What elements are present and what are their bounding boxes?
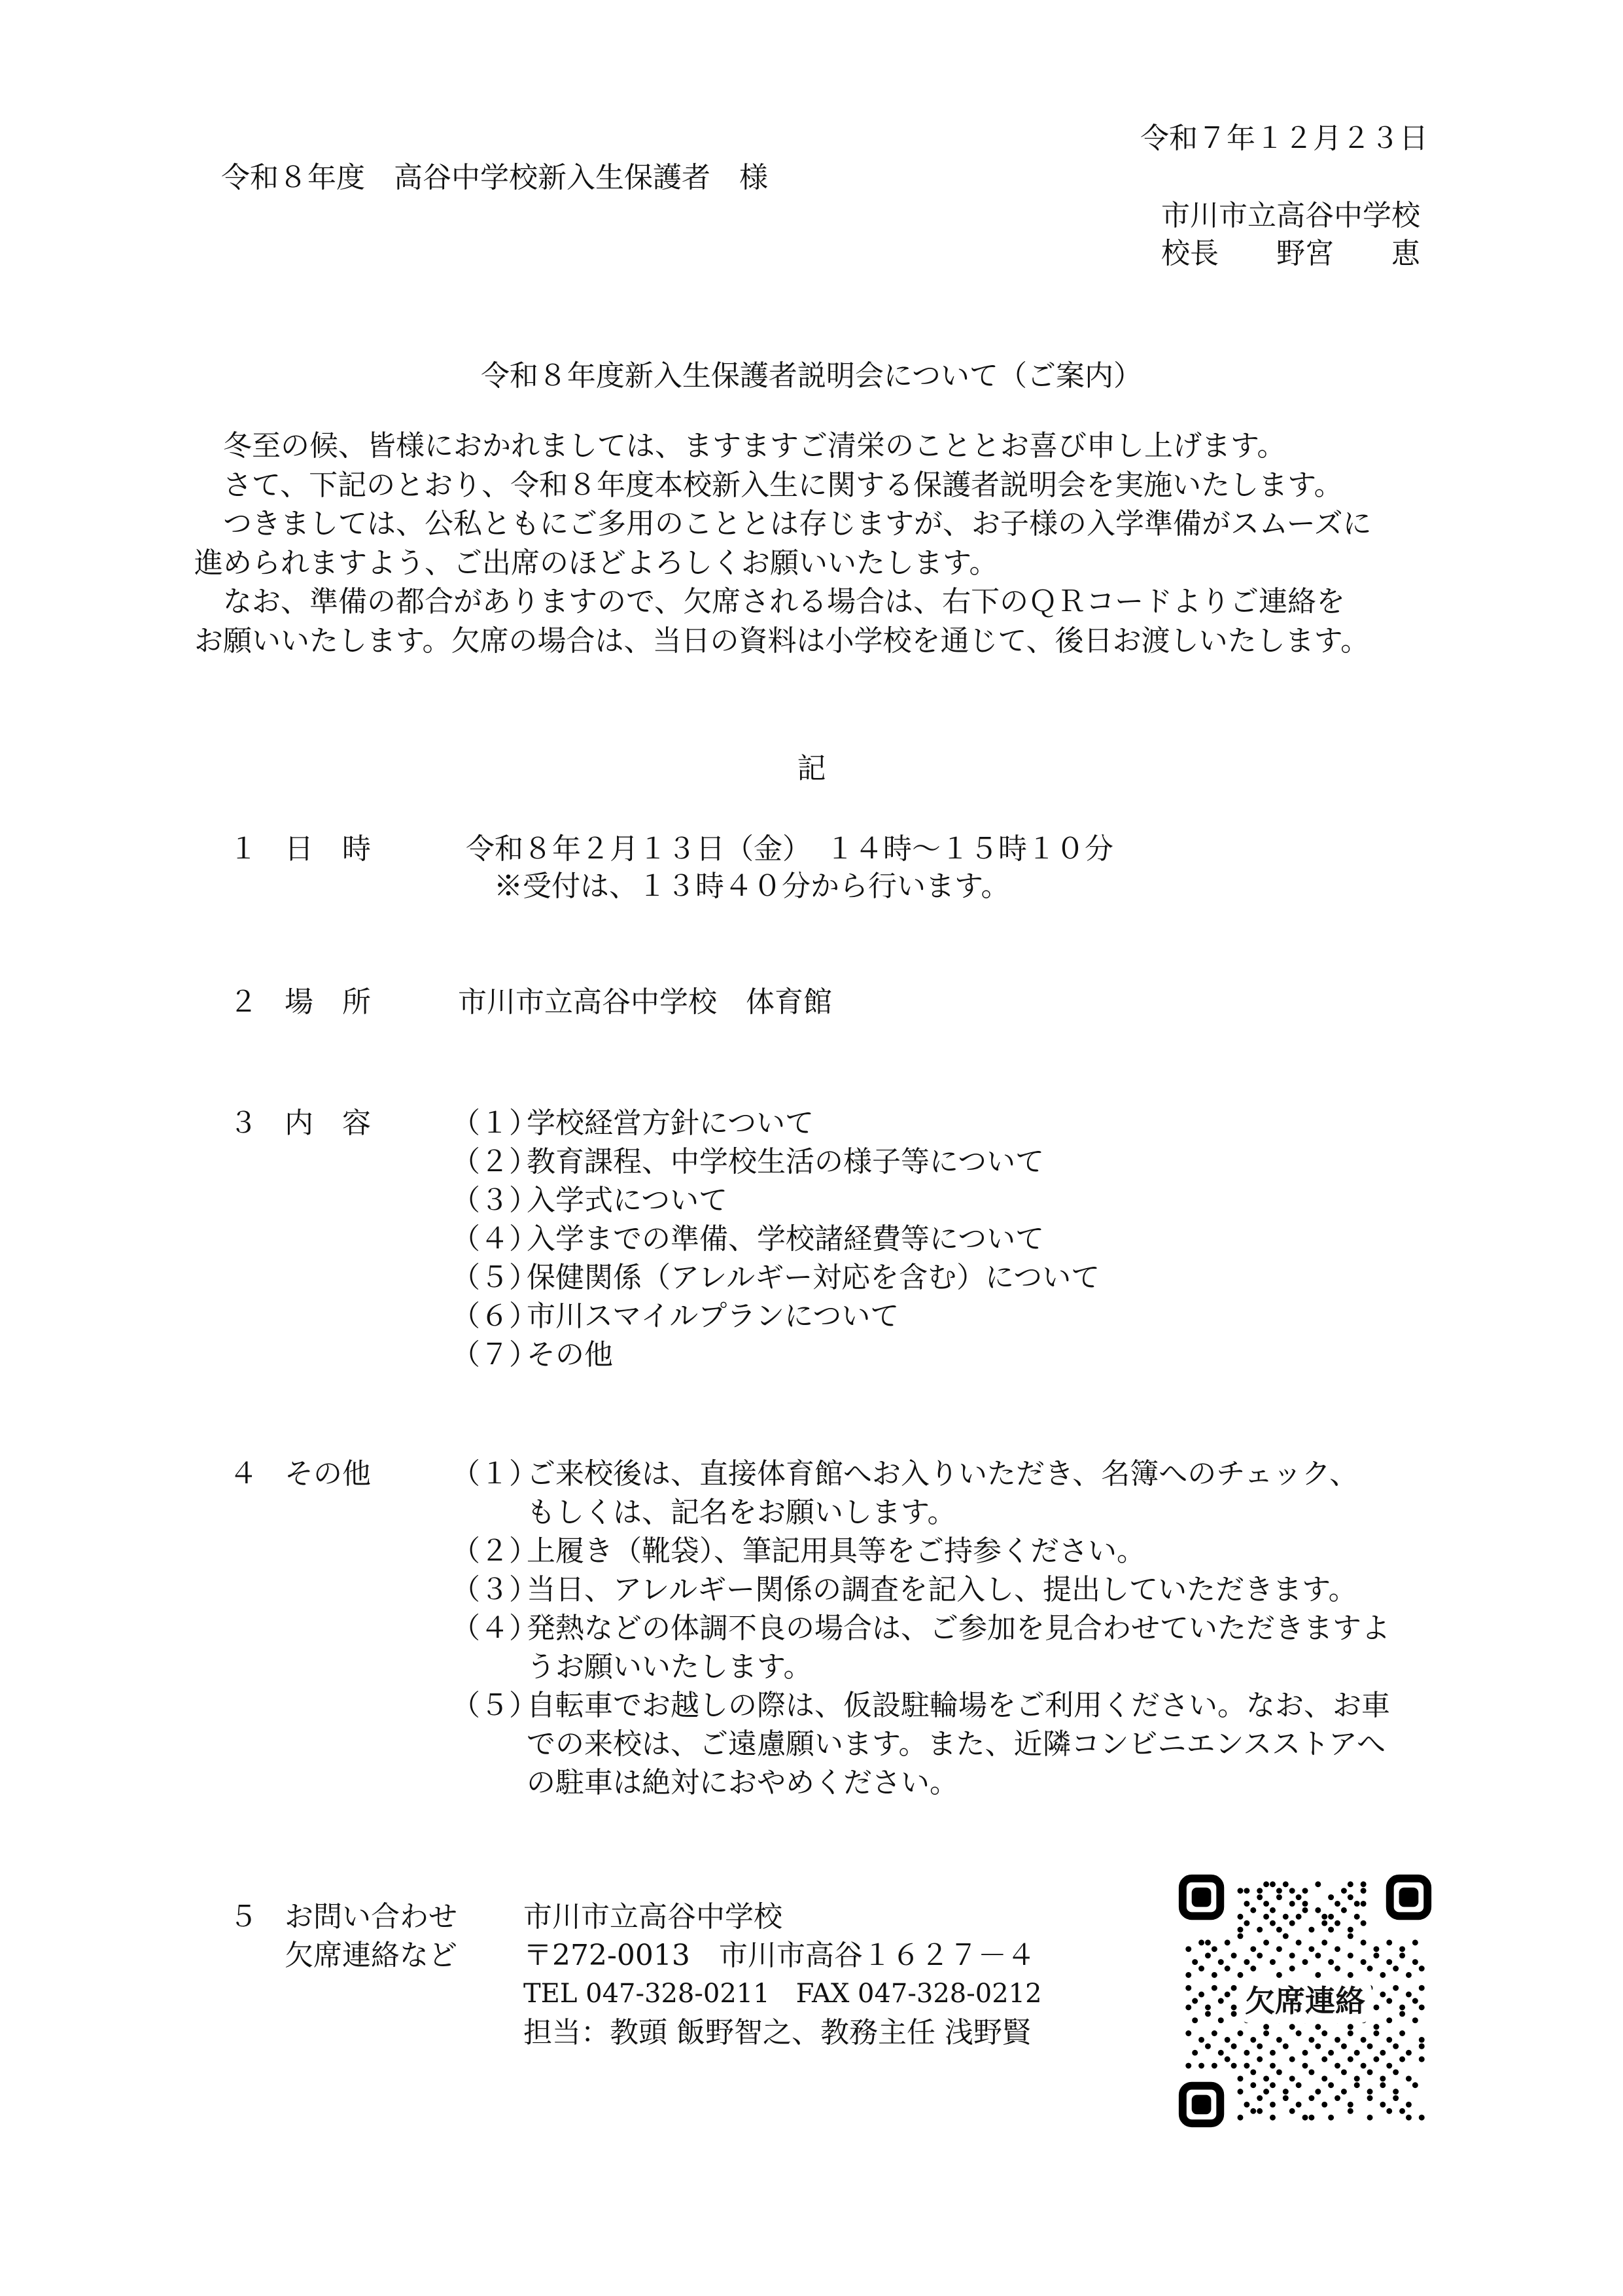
event-datetime: 令和８年２月１３日（金） １４時～１５時１０分: [466, 830, 1113, 868]
addressee: 令和８年度 高谷中学校新入生保護者 様: [221, 158, 768, 197]
body-paragraph-line: さて、下記のとおり、令和８年度本校新入生に関する保護者説明会を実施いたします。: [194, 466, 1431, 505]
section-label: 欠席連絡など: [285, 1936, 457, 1975]
list-item: 市川スマイルプランについて: [527, 1297, 899, 1335]
contact-address: 〒272-0013 市川市高谷１６２７－４: [523, 1936, 1036, 1975]
list-item-number: （２）: [451, 1532, 538, 1570]
body-paragraph-line: 冬至の候、皆様におかれましては、ますますご清栄のこととお喜び申し上げます。: [194, 427, 1431, 466]
reception-note: ※受付は、１３時４０分から行います。: [494, 867, 1009, 906]
list-item-number: （２）: [451, 1142, 538, 1181]
sender-school: 市川市立高谷中学校: [1161, 196, 1420, 235]
sender-principal: 校長 野宮 恵: [1161, 234, 1420, 273]
section-number: ２: [229, 983, 258, 1021]
list-item-number: （７）: [451, 1335, 538, 1374]
section-label: 内 容: [285, 1104, 371, 1142]
list-item: 教育課程、中学校生活の様子等について: [527, 1142, 1044, 1181]
section-number: ５: [229, 1898, 258, 1936]
list-item-line: もしくは、記名をお願いします。: [527, 1493, 956, 1532]
list-item-number: （４）: [451, 1609, 538, 1648]
body-paragraph-line: なお、準備の都合がありますので、欠席される場合は、右下のＱＲコードよりご連絡を: [194, 582, 1431, 622]
list-item: その他: [527, 1335, 613, 1374]
list-item-number: （３）: [451, 1181, 538, 1220]
list-item-line: ご来校後は、直接体育館へお入りいただき、名簿へのチェック、: [527, 1455, 1358, 1493]
list-item-line: の駐車は絶対におやめください。: [527, 1763, 958, 1802]
contact-phone: TEL 047-328-0211 FAX 047-328-0212: [523, 1975, 1042, 2013]
section-label: お問い合わせ: [285, 1898, 457, 1936]
list-item: 保健関係（アレルギー対応を含む）について: [527, 1258, 1100, 1297]
list-item-line: 上履き（靴袋）、筆記用具等をご持参ください。: [527, 1532, 1145, 1570]
list-item-line: 当日、アレルギー関係の調査を記入し、提出していただきます。: [527, 1570, 1357, 1609]
list-item-number: （３）: [451, 1570, 538, 1609]
document-date: 令和７年１２月２３日: [981, 119, 1428, 158]
section-number: ３: [229, 1104, 258, 1142]
body-paragraph-line: 進められますよう、ご出席のほどよろしくお願いいたします。: [194, 544, 1431, 583]
section-label: 場 所: [285, 983, 371, 1021]
list-item: 入学までの準備、学校諸経費等について: [527, 1220, 1044, 1258]
contact-staff: 担当：教頭 飯野智之、教務主任 浅野賢: [523, 2013, 1031, 2052]
list-item-line: うお願いいたします。: [527, 1648, 812, 1686]
contact-school: 市川市立高谷中学校: [523, 1898, 782, 1936]
event-place: 市川市立高谷中学校 体育館: [458, 983, 832, 1021]
qr-code-label: 欠席連絡: [1238, 1979, 1372, 2023]
qr-code-icon[interactable]: 欠席連絡: [1172, 1868, 1438, 2134]
list-item-number: （１）: [451, 1104, 538, 1142]
body-paragraph-line: お願いいたします。欠席の場合は、当日の資料は小学校を通じて、後日お渡しいたします…: [194, 622, 1431, 661]
list-item-line: での来校は、ご遠慮願います。また、近隣コンビニエンスストアへ: [527, 1725, 1386, 1763]
section-number: ４: [229, 1455, 258, 1493]
body-paragraph-line: つきましては、公私ともにご多用のこととは存じますが、お子様の入学準備がスムーズに: [194, 504, 1431, 544]
body-text: 冬至の候、皆様におかれましては、ますますご清栄のこととお喜び申し上げます。 さて…: [194, 427, 1431, 660]
list-item-number: （４）: [451, 1220, 538, 1258]
list-item-number: （６）: [451, 1297, 538, 1335]
list-item: 入学式について: [527, 1181, 727, 1220]
ki-heading: 記: [0, 749, 1623, 788]
list-item: 学校経営方針について: [527, 1104, 814, 1142]
section-number: １: [229, 830, 258, 868]
list-item-line: 自転車でお越しの際は、仮設駐輪場をご利用ください。なお、お車: [527, 1686, 1390, 1725]
list-item-number: （５）: [451, 1686, 538, 1725]
section-label: その他: [285, 1455, 371, 1493]
list-item-line: 発熱などの体調不良の場合は、ご参加を見合わせていただきますよ: [527, 1609, 1390, 1648]
document-title: 令和８年度新入生保護者説明会について（ご案内）: [0, 357, 1623, 395]
list-item-number: （５）: [451, 1258, 538, 1297]
list-item-number: （１）: [451, 1455, 538, 1493]
section-label: 日 時: [285, 830, 371, 868]
